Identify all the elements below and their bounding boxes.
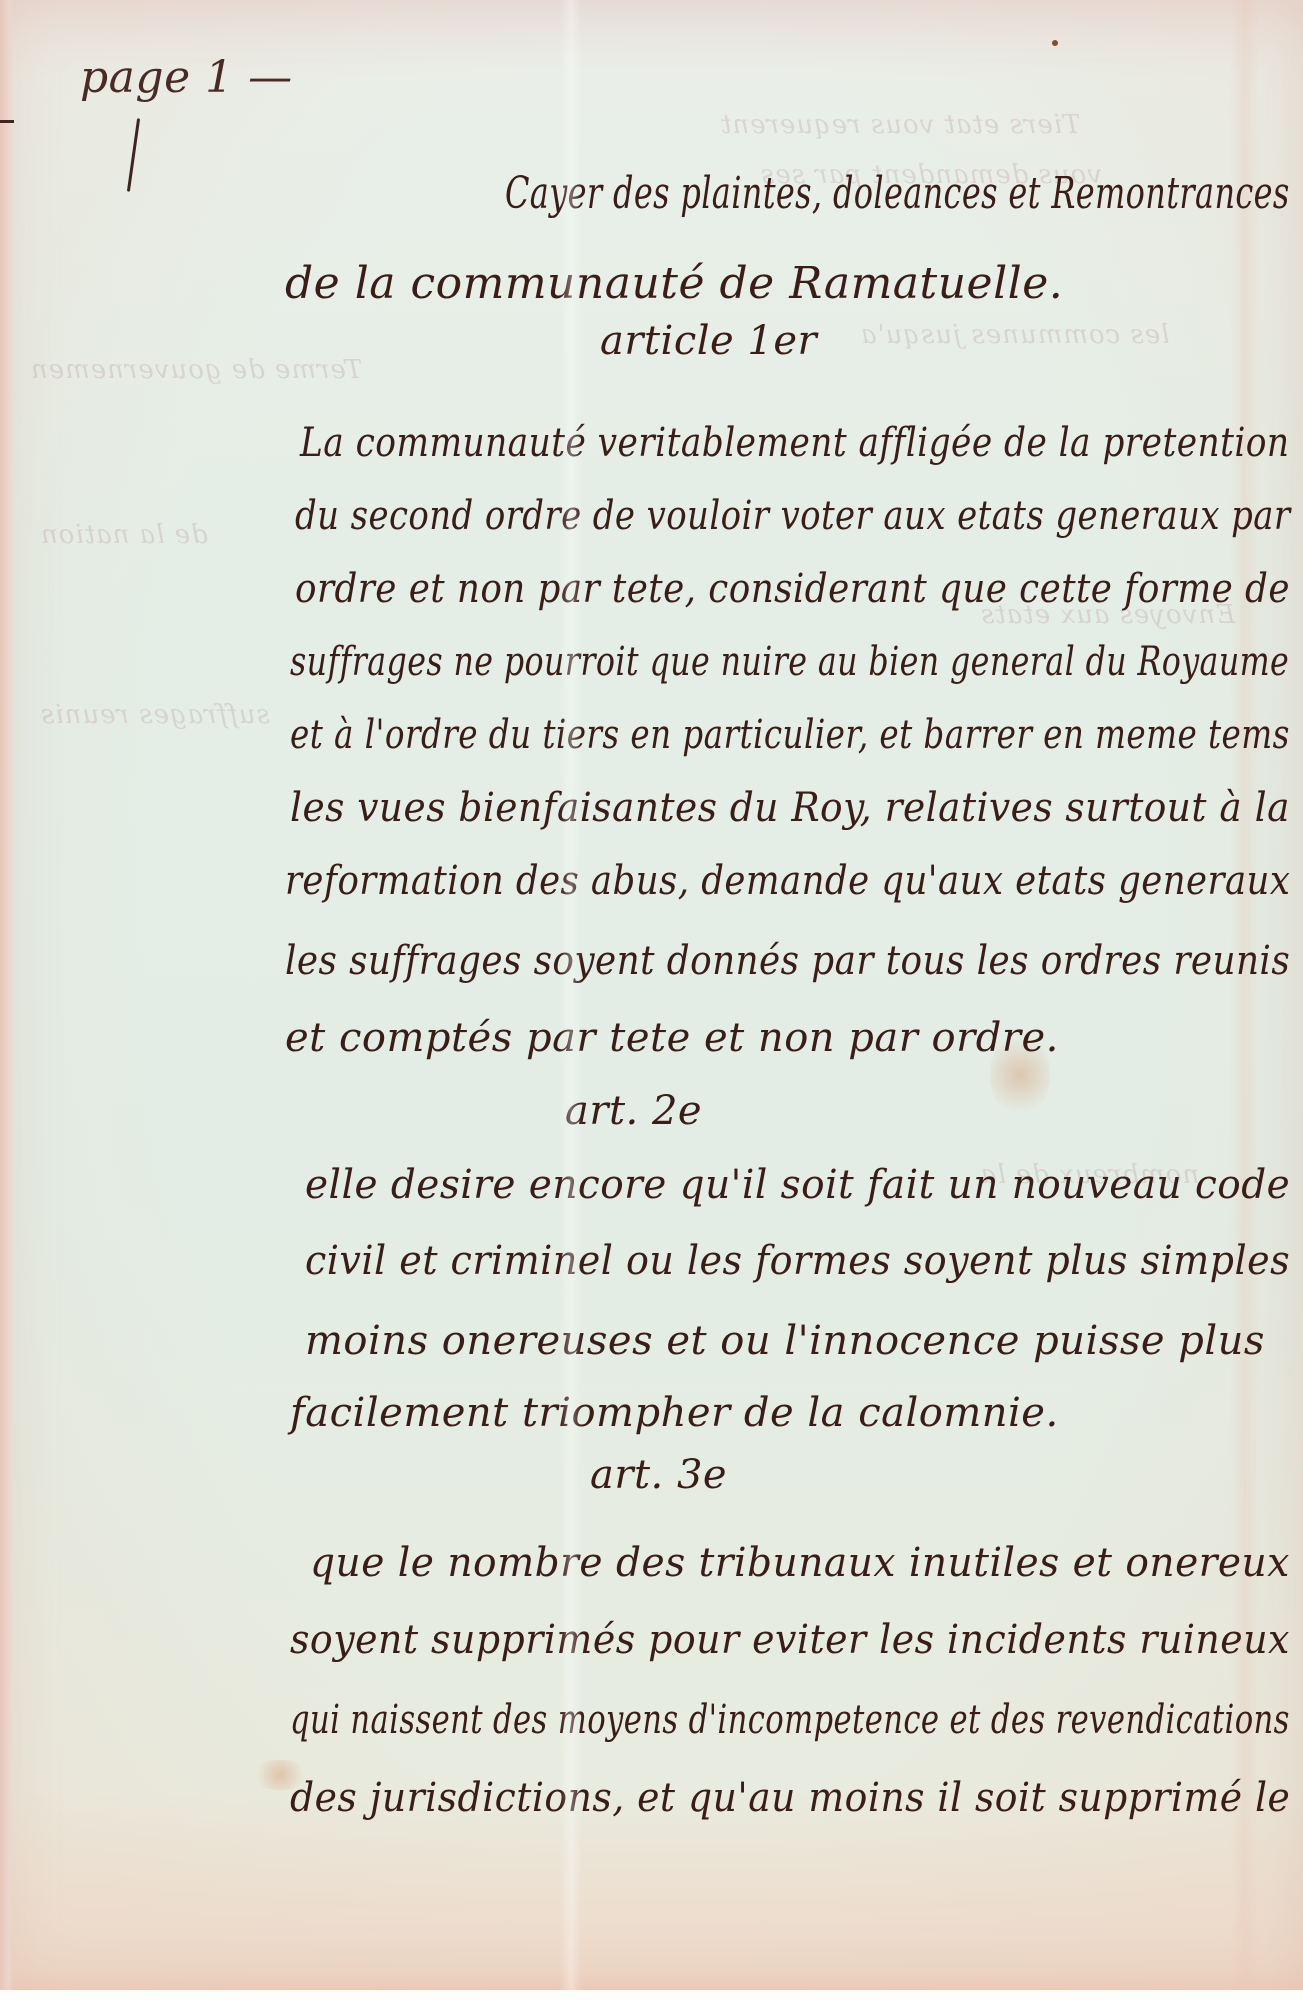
document-title-line-2: de la communauté de Ramatuelle. [285, 258, 1063, 309]
article-1-line: suffrages ne pourroit que nuire au bien … [290, 639, 1289, 685]
bleed-through-text: Terme de gouvernemen [30, 355, 362, 385]
article-1-line: les vues bienfaisantes du Roy, relatives… [290, 785, 1290, 831]
bleed-through-text: les communes jusqu'a [860, 320, 1170, 350]
ink-spot [1052, 40, 1058, 46]
document-title-line-1: Cayer des plaintes, doleances et Remontr… [505, 168, 1290, 219]
article-1-line: reformation des abus, demande qu'aux eta… [285, 858, 1290, 904]
article-heading-2: art. 2e [565, 1088, 702, 1134]
margin-mark [0, 120, 14, 123]
article-1-line: et comptés par tete et non par ordre. [285, 1015, 1059, 1061]
article-3-line: qui naissent des moyens d'incompetence e… [290, 1697, 1290, 1743]
bleed-through-text: de la nation [40, 520, 208, 550]
article-3-line: que le nombre des tribunaux inutiles et … [310, 1540, 1290, 1586]
article-1-line: les suffrages soyent donnés par tous les… [285, 938, 1290, 984]
page-number-stroke [127, 118, 140, 192]
article-1-line: du second ordre de vouloir voter aux eta… [295, 493, 1291, 539]
article-2-line: moins onereuses et ou l'innocence puisse… [305, 1318, 1265, 1364]
article-1-line: La communauté veritablement affligée de … [300, 420, 1289, 466]
article-1-line: ordre et non par tete, considerant que c… [295, 566, 1290, 612]
article-1-line: et à l'ordre du tiers en particulier, et… [290, 712, 1290, 758]
paper-fold [1230, 0, 1260, 1990]
bleed-through-text: Tiers etat vous requerent [720, 110, 1080, 140]
bleed-through-text: suffrages reunis [40, 700, 270, 730]
article-3-line: des jurisdictions, et qu'au moins il soi… [290, 1775, 1290, 1821]
manuscript-page: Tiers etat vous requerent vous demandent… [0, 0, 1303, 1990]
article-2-line: facilement triompher de la calomnie. [290, 1390, 1059, 1436]
article-2-line: civil et criminel ou les formes soyent p… [305, 1238, 1290, 1284]
article-2-line: elle desire encore qu'il soit fait un no… [305, 1162, 1290, 1208]
article-heading-3: art. 3e [590, 1452, 727, 1498]
article-heading-1: article 1er [600, 318, 817, 364]
page-number: page 1 — [80, 52, 293, 103]
article-3-line: soyent supprimés pour eviter les inciden… [290, 1617, 1290, 1663]
